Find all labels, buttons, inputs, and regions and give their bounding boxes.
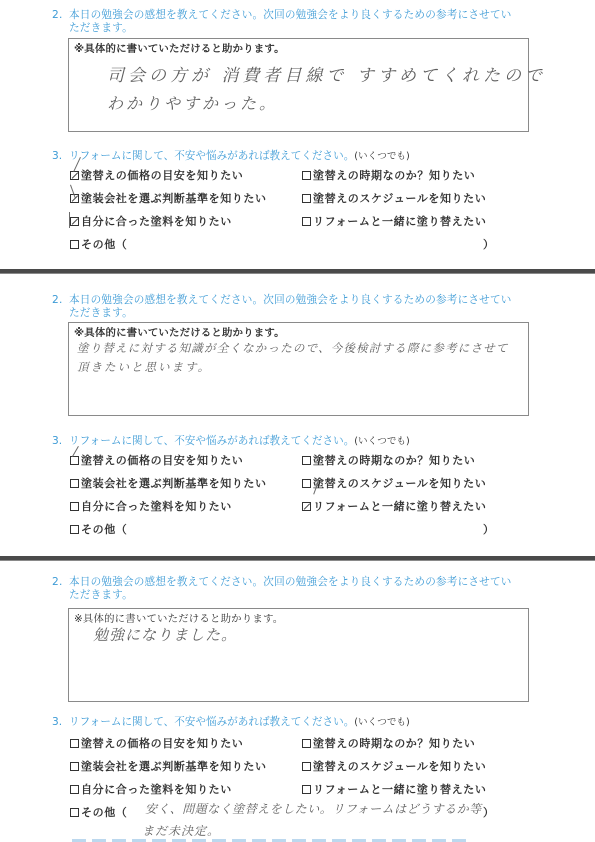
checkbox-icon[interactable]	[302, 739, 311, 748]
option-label: 自分に合った塗料を知りたい	[81, 498, 232, 514]
option-label: 塗替えの価格の目安を知りたい	[81, 735, 243, 751]
option-schedule[interactable]: 塗替えのスケジュールを知りたい	[302, 475, 486, 491]
question-2-title: 2. 本日の勉強会の感想を教えてください。次回の勉強会をより良くするための参考に…	[52, 294, 542, 320]
option-timing[interactable]: 塗替えの時期なのか？知りたい	[302, 167, 475, 183]
option-label: 塗替えのスケジュールを知りたい	[313, 475, 486, 491]
handwritten-answer-line1: 塗り替えに対する知識が全くなかったので、今後検討する際に参考にさせて	[77, 340, 509, 356]
option-label: その他（	[81, 804, 127, 820]
question-number: 2.	[52, 294, 63, 307]
checkbox-icon[interactable]	[70, 739, 79, 748]
question-text-line2: ただきます。	[69, 307, 542, 320]
option-company-criteria[interactable]: 塗装会社を選ぶ判断基準を知りたい	[70, 475, 267, 491]
option-with-reform[interactable]: リフォームと一緒に塗り替えたい	[302, 213, 486, 229]
checkbox-icon[interactable]	[70, 479, 79, 488]
question-number: 3.	[52, 150, 62, 163]
option-label: リフォームと一緒に塗り替えたい	[313, 781, 486, 797]
option-suitable-paint[interactable]: 自分に合った塗料を知りたい	[70, 213, 232, 229]
option-suitable-paint[interactable]: 自分に合った塗料を知りたい	[70, 498, 232, 514]
option-other[interactable]: その他（	[70, 236, 127, 252]
question-suffix: (いくつでも)	[354, 436, 409, 447]
question-text-line2: ただきます。	[69, 589, 542, 602]
checkbox-icon[interactable]	[70, 785, 79, 794]
option-label: 塗装会社を選ぶ判断基準を知りたい	[81, 475, 267, 491]
checkbox-icon[interactable]	[302, 456, 311, 465]
option-company-criteria[interactable]: 塗装会社を選ぶ判断基準を知りたい	[70, 190, 267, 206]
question-text: リフォームに関して、不安や悩みがあれば教えてください。	[69, 716, 354, 728]
question-text-line1: 本日の勉強会の感想を教えてください。次回の勉強会をより良くするための参考にさせて…	[69, 9, 512, 21]
comment-box[interactable]: ※具体的に書いていただけると助かります。 塗り替えに対する知識が全くなかったので…	[68, 322, 529, 416]
option-label: 塗替えの時期なのか？知りたい	[313, 452, 475, 468]
response-card-2: 2. 本日の勉強会の感想を教えてください。次回の勉強会をより良くするための参考に…	[0, 274, 595, 557]
checkbox-icon[interactable]	[302, 217, 311, 226]
handwritten-answer-line1: 勉強になりました。	[93, 624, 237, 645]
comment-hint: ※具体的に書いていただけると助かります。	[74, 610, 283, 625]
other-close-paren: ）	[483, 236, 494, 252]
option-price-guide[interactable]: 塗替えの価格の目安を知りたい	[70, 735, 243, 751]
question-3-title: 3. リフォームに関して、不安や悩みがあれば教えてください。(いくつでも)	[52, 150, 410, 163]
option-label: 塗替えの時期なのか？知りたい	[313, 167, 475, 183]
checkbox-icon[interactable]	[70, 456, 79, 465]
option-label: 塗替えの価格の目安を知りたい	[81, 452, 243, 468]
option-label: 自分に合った塗料を知りたい	[81, 781, 232, 797]
checkbox-icon[interactable]	[70, 502, 79, 511]
response-card-1: 2. 本日の勉強会の感想を教えてください。次回の勉強会をより良くするための参考に…	[0, 0, 595, 270]
question-number: 2.	[52, 576, 63, 589]
pen-stroke-mark	[69, 212, 70, 228]
option-label: 塗替えのスケジュールを知りたい	[313, 758, 486, 774]
question-3-title: 3. リフォームに関して、不安や悩みがあれば教えてください。(いくつでも)	[52, 716, 410, 729]
option-timing[interactable]: 塗替えの時期なのか？知りたい	[302, 452, 475, 468]
handwritten-answer-line1: 司会の方が 消費者目線で すすめてくれたので	[107, 61, 546, 86]
question-text-line2: ただきます。	[69, 22, 542, 35]
checkbox-checked-icon[interactable]	[302, 502, 311, 511]
question-3-title: 3. リフォームに関して、不安や悩みがあれば教えてください。(いくつでも)	[52, 435, 410, 448]
question-text-line1: 本日の勉強会の感想を教えてください。次回の勉強会をより良くするための参考にさせて…	[69, 576, 512, 588]
option-label: リフォームと一緒に塗り替えたい	[313, 498, 486, 514]
option-label: 塗替えの価格の目安を知りたい	[81, 167, 243, 183]
comment-box[interactable]: ※具体的に書いていただけると助かります。 勉強になりました。	[68, 608, 529, 702]
question-2-title: 2. 本日の勉強会の感想を教えてください。次回の勉強会をより良くするための参考に…	[52, 9, 542, 35]
question-text: リフォームに関して、不安や悩みがあれば教えてください。	[69, 150, 354, 162]
option-label: 塗替えの時期なのか？知りたい	[313, 735, 475, 751]
option-schedule[interactable]: 塗替えのスケジュールを知りたい	[302, 190, 486, 206]
option-other[interactable]: その他（	[70, 804, 127, 820]
comment-box[interactable]: ※具体的に書いていただけると助かります。 司会の方が 消費者目線で すすめてくれ…	[68, 38, 529, 132]
other-close-paren: ）	[483, 521, 494, 537]
option-label: 塗装会社を選ぶ判断基準を知りたい	[81, 758, 267, 774]
other-close-paren: ）	[483, 804, 494, 820]
question-number: 3.	[52, 435, 62, 448]
handwritten-other-text: 安く、問題なく塗替えをしたい。リフォームはどうするか等	[145, 800, 482, 817]
question-text: リフォームに関して、不安や悩みがあれば教えてください。	[69, 435, 354, 447]
handwritten-answer-line2: 頂きたいと思います。	[77, 359, 211, 375]
question-number: 2.	[52, 9, 63, 22]
option-label: その他（	[81, 236, 127, 252]
option-schedule[interactable]: 塗替えのスケジュールを知りたい	[302, 758, 486, 774]
checkbox-icon[interactable]	[70, 808, 79, 817]
question-2-title: 2. 本日の勉強会の感想を教えてください。次回の勉強会をより良くするための参考に…	[52, 576, 542, 602]
question-suffix: (いくつでも)	[354, 151, 409, 162]
option-label: 塗替えのスケジュールを知りたい	[313, 190, 486, 206]
option-price-guide[interactable]: 塗替えの価格の目安を知りたい	[70, 167, 243, 183]
option-suitable-paint[interactable]: 自分に合った塗料を知りたい	[70, 781, 232, 797]
handwritten-answer-line2: わかりやすかった。	[107, 91, 278, 114]
option-company-criteria[interactable]: 塗装会社を選ぶ判断基準を知りたい	[70, 758, 267, 774]
question-text-line1: 本日の勉強会の感想を教えてください。次回の勉強会をより良くするための参考にさせて…	[69, 294, 512, 306]
option-label: 自分に合った塗料を知りたい	[81, 213, 232, 229]
comment-hint: ※具体的に書いていただけると助かります。	[74, 324, 285, 339]
checkbox-icon[interactable]	[302, 479, 311, 488]
checkbox-checked-icon[interactable]	[70, 217, 79, 226]
response-card-3: 2. 本日の勉強会の感想を教えてください。次回の勉強会をより良くするための参考に…	[0, 561, 595, 842]
checkbox-icon[interactable]	[302, 785, 311, 794]
question-suffix: (いくつでも)	[354, 717, 409, 728]
checkbox-checked-icon[interactable]	[70, 171, 79, 180]
checkbox-icon[interactable]	[302, 194, 311, 203]
option-other[interactable]: その他（	[70, 521, 127, 537]
option-price-guide[interactable]: 塗替えの価格の目安を知りたい	[70, 452, 243, 468]
option-timing[interactable]: 塗替えの時期なのか？知りたい	[302, 735, 475, 751]
option-label: 塗装会社を選ぶ判断基準を知りたい	[81, 190, 267, 206]
option-label: その他（	[81, 521, 127, 537]
option-label: リフォームと一緒に塗り替えたい	[313, 213, 486, 229]
checkbox-icon[interactable]	[70, 240, 79, 249]
checkbox-icon[interactable]	[302, 171, 311, 180]
checkbox-icon[interactable]	[70, 762, 79, 771]
option-with-reform[interactable]: リフォームと一緒に塗り替えたい	[302, 781, 486, 797]
question-number: 3.	[52, 716, 62, 729]
comment-hint: ※具体的に書いていただけると助かります。	[74, 40, 285, 55]
checkbox-icon[interactable]	[302, 762, 311, 771]
checkbox-icon[interactable]	[70, 525, 79, 534]
handwritten-other-text-line2: まだ未決定。	[142, 822, 220, 839]
option-with-reform[interactable]: リフォームと一緒に塗り替えたい	[302, 498, 486, 514]
